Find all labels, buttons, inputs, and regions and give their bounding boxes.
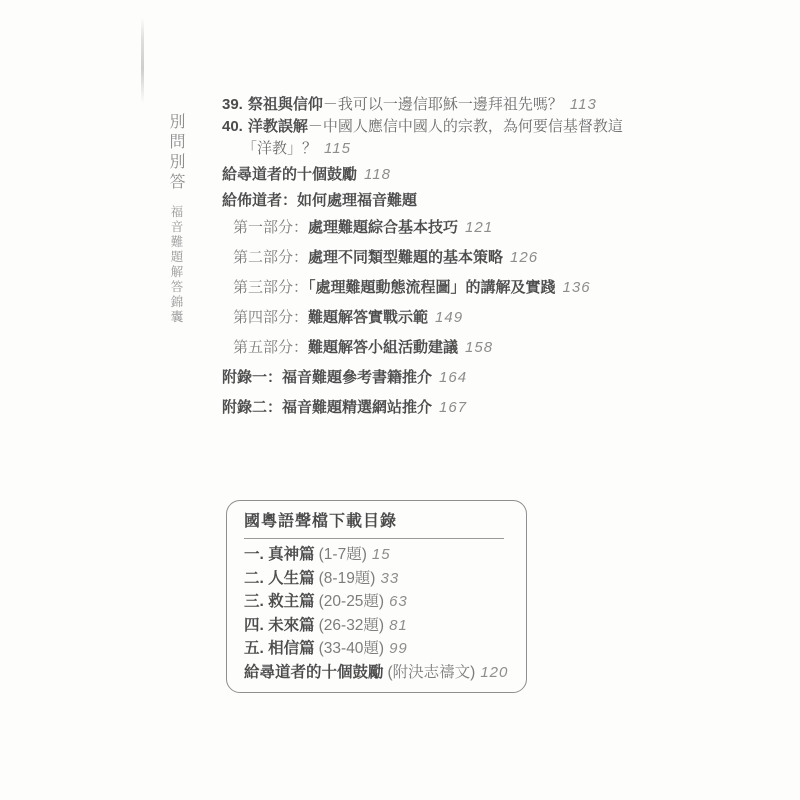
download-directory-box: 國粵語聲檔下載目錄 一. 真神篇(1-7題)15 二. 人生篇(8-19題)33… <box>226 500 527 693</box>
download-footer-note: (附決志禱文) <box>388 664 476 681</box>
book-subtitle-vertical: 福音難題解答錦囊 <box>167 205 185 325</box>
part-title: 處理不同類型難題的基本策略 <box>308 249 503 266</box>
page-number: 158 <box>465 339 493 356</box>
download-box-footer: 給尋道者的十個鼓勵(附決志禱文)120 <box>244 665 504 681</box>
download-item-range: (1-7題) <box>319 546 367 563</box>
entry-title: 洋教誤解 <box>248 118 308 135</box>
entry-desc: －中國人應信中國人的宗教，為何要信基督教這 <box>308 118 623 135</box>
toc-entry-appendix-1: 附錄一：福音難題參考書籍推介164 <box>222 369 467 386</box>
page-number: 113 <box>570 96 597 113</box>
entry-title: 祭祖與信仰 <box>248 96 323 113</box>
part-prefix: 第二部分： <box>233 249 308 266</box>
download-box-items: 一. 真神篇(1-7題)15 二. 人生篇(8-19題)33 三. 救主篇(20… <box>244 547 504 681</box>
entry-number: 39. <box>222 96 243 113</box>
download-item-range: (33-40題) <box>319 640 384 657</box>
download-item-label: 五. 相信篇 <box>244 640 315 657</box>
download-item-4: 四. 未來篇(26-32題)81 <box>244 618 504 634</box>
download-item-label: 二. 人生篇 <box>244 570 315 587</box>
entry-title: 給尋道者的十個鼓勵 <box>222 166 357 183</box>
download-item-range: (8-19題) <box>319 570 376 587</box>
download-footer-label: 給尋道者的十個鼓勵 <box>244 664 384 681</box>
part-prefix: 第四部分： <box>233 309 308 326</box>
download-item-5: 五. 相信篇(33-40題)99 <box>244 641 504 657</box>
part-prefix: 第一部分： <box>233 219 308 236</box>
download-item-3: 三. 救主篇(20-25題)63 <box>244 594 504 610</box>
toc-entry-part-1: 第一部分：處理難題綜合基本技巧121 <box>233 219 493 236</box>
entry-desc: －我可以一邊信耶穌一邊拜祖先嗎？ <box>323 96 563 113</box>
part-title: 「處理難題動態流程圖」的講解及實踐 <box>308 279 556 296</box>
download-item-label: 四. 未來篇 <box>244 617 315 634</box>
page-number: 149 <box>435 309 463 326</box>
download-item-range: (20-25題) <box>319 593 384 610</box>
toc-section-header: 給佈道者：如何處理福音難題 <box>222 192 417 209</box>
entry-title: 附錄一：福音難題參考書籍推介 <box>222 369 432 386</box>
download-item-page: 15 <box>372 546 391 563</box>
page-number: 136 <box>563 279 591 296</box>
download-item-2: 二. 人生篇(8-19題)33 <box>244 571 504 587</box>
part-title: 處理難題綜合基本技巧 <box>308 219 458 236</box>
download-box-divider <box>244 538 504 539</box>
page-number: 167 <box>439 399 467 416</box>
toc-entry-39: 39.祭祖與信仰－我可以一邊信耶穌一邊拜祖先嗎？113 <box>222 96 597 113</box>
toc-entry-encouragement: 給尋道者的十個鼓勵118 <box>222 166 391 183</box>
toc-entry-part-2: 第二部分：處理不同類型難題的基本策略126 <box>233 249 538 266</box>
part-prefix: 第五部分： <box>233 339 308 356</box>
part-title: 難題解答小組活動建議 <box>308 339 458 356</box>
section-title: 給佈道者：如何處理福音難題 <box>222 192 417 209</box>
toc-entry-part-4: 第四部分：難題解答實戰示範149 <box>233 309 463 326</box>
scanned-book-page: 別問別答 福音難題解答錦囊 39.祭祖與信仰－我可以一邊信耶穌一邊拜祖先嗎？11… <box>0 0 800 800</box>
toc-entry-40: 40.洋教誤解－中國人應信中國人的宗教，為何要信基督教這 <box>222 118 623 135</box>
download-item-page: 63 <box>389 593 408 610</box>
page-number: 121 <box>465 219 493 236</box>
part-prefix: 第三部分： <box>233 279 308 296</box>
entry-number: 40. <box>222 118 243 135</box>
entry-title: 附錄二：福音難題精選網站推介 <box>222 399 432 416</box>
entry-desc: 「洋教」？ <box>242 140 317 157</box>
download-item-page: 81 <box>389 617 408 634</box>
download-box-header: 國粵語聲檔下載目錄 <box>244 513 504 531</box>
download-item-range: (26-32題) <box>319 617 384 634</box>
page-gutter-shadow <box>141 18 144 103</box>
page-number: 115 <box>324 140 351 157</box>
download-item-page: 99 <box>389 640 408 657</box>
download-item-label: 一. 真神篇 <box>244 546 315 563</box>
page-number: 118 <box>364 166 391 183</box>
toc-entry-40-continuation: 「洋教」？115 <box>242 140 351 157</box>
toc-entry-part-3: 第三部分：「處理難題動態流程圖」的講解及實踐136 <box>233 279 591 296</box>
download-item-label: 三. 救主篇 <box>244 593 315 610</box>
toc-entry-part-5: 第五部分：難題解答小組活動建議158 <box>233 339 493 356</box>
page-number: 126 <box>510 249 538 266</box>
download-item-page: 33 <box>380 570 399 587</box>
download-item-1: 一. 真神篇(1-7題)15 <box>244 547 504 563</box>
book-title-vertical: 別問別答 <box>164 113 187 193</box>
part-title: 難題解答實戰示範 <box>308 309 428 326</box>
page-number: 164 <box>439 369 467 386</box>
download-footer-page: 120 <box>480 664 508 681</box>
toc-entry-appendix-2: 附錄二：福音難題精選網站推介167 <box>222 399 467 416</box>
